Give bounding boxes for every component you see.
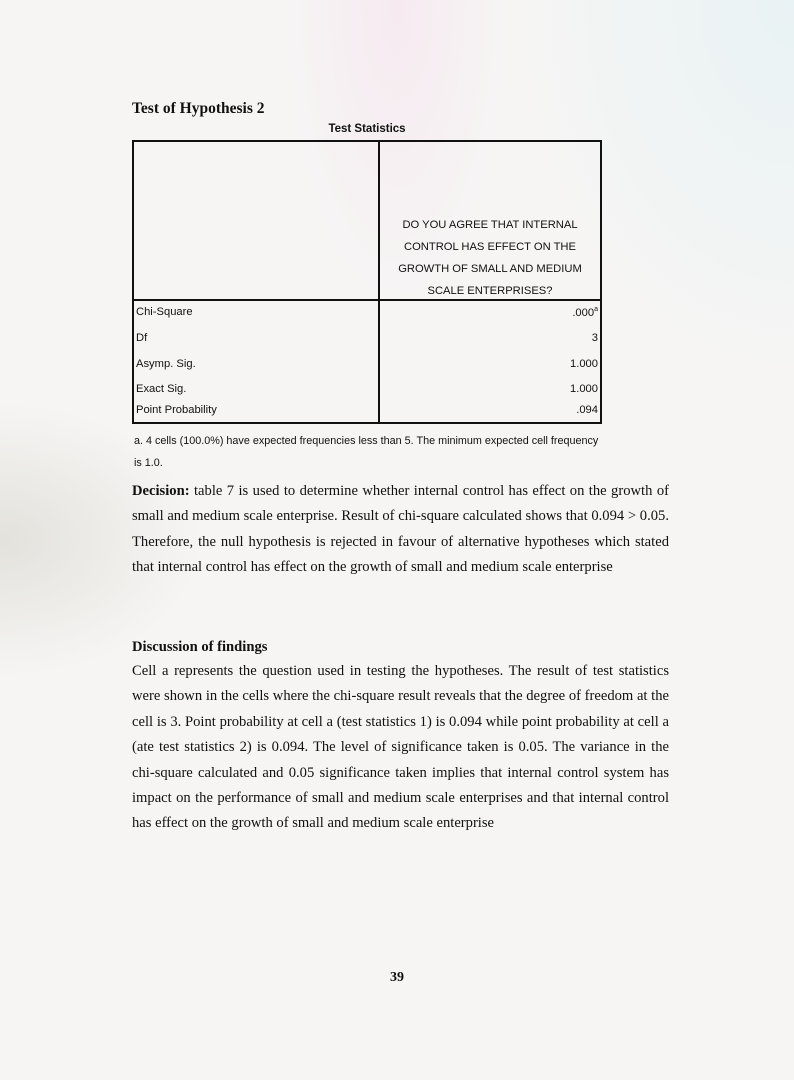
column-divider (378, 142, 380, 299)
row-label: Df (136, 332, 147, 344)
row-value: .000a (572, 306, 598, 319)
row-value: 1.000 (570, 358, 598, 370)
table-header-row: DO YOU AGREE THAT INTERNAL CONTROL HAS E… (134, 142, 600, 301)
footnote-marker: a (594, 306, 598, 313)
table-row: Asymp. Sig. 1.000 (134, 353, 600, 378)
table-row: Chi-Square .000a (134, 301, 600, 326)
row-label: Chi-Square (136, 306, 193, 318)
table-row: Point Probability .094 (134, 399, 600, 424)
table-caption: Test Statistics (132, 123, 602, 135)
column-header-question: DO YOU AGREE THAT INTERNAL CONTROL HAS E… (380, 214, 600, 302)
decision-label: Decision: (132, 483, 190, 499)
page-number: 39 (0, 970, 794, 986)
decision-text: table 7 is used to determine whether int… (132, 483, 669, 575)
table-row: Df 3 (134, 327, 600, 352)
section-heading: Test of Hypothesis 2 (132, 100, 264, 118)
row-value: 1.000 (570, 383, 598, 395)
row-value: .094 (576, 404, 598, 416)
test-statistics-table: DO YOU AGREE THAT INTERNAL CONTROL HAS E… (132, 140, 602, 424)
row-label: Point Probability (136, 404, 217, 416)
decision-paragraph: Decision: table 7 is used to determine w… (132, 479, 669, 581)
row-value: 3 (592, 332, 598, 344)
discussion-heading: Discussion of findings (132, 639, 267, 656)
row-label: Asymp. Sig. (136, 358, 196, 370)
table-footnote: a. 4 cells (100.0%) have expected freque… (134, 430, 604, 474)
row-label: Exact Sig. (136, 383, 186, 395)
discussion-paragraph: Cell a represents the question used in t… (132, 659, 669, 837)
